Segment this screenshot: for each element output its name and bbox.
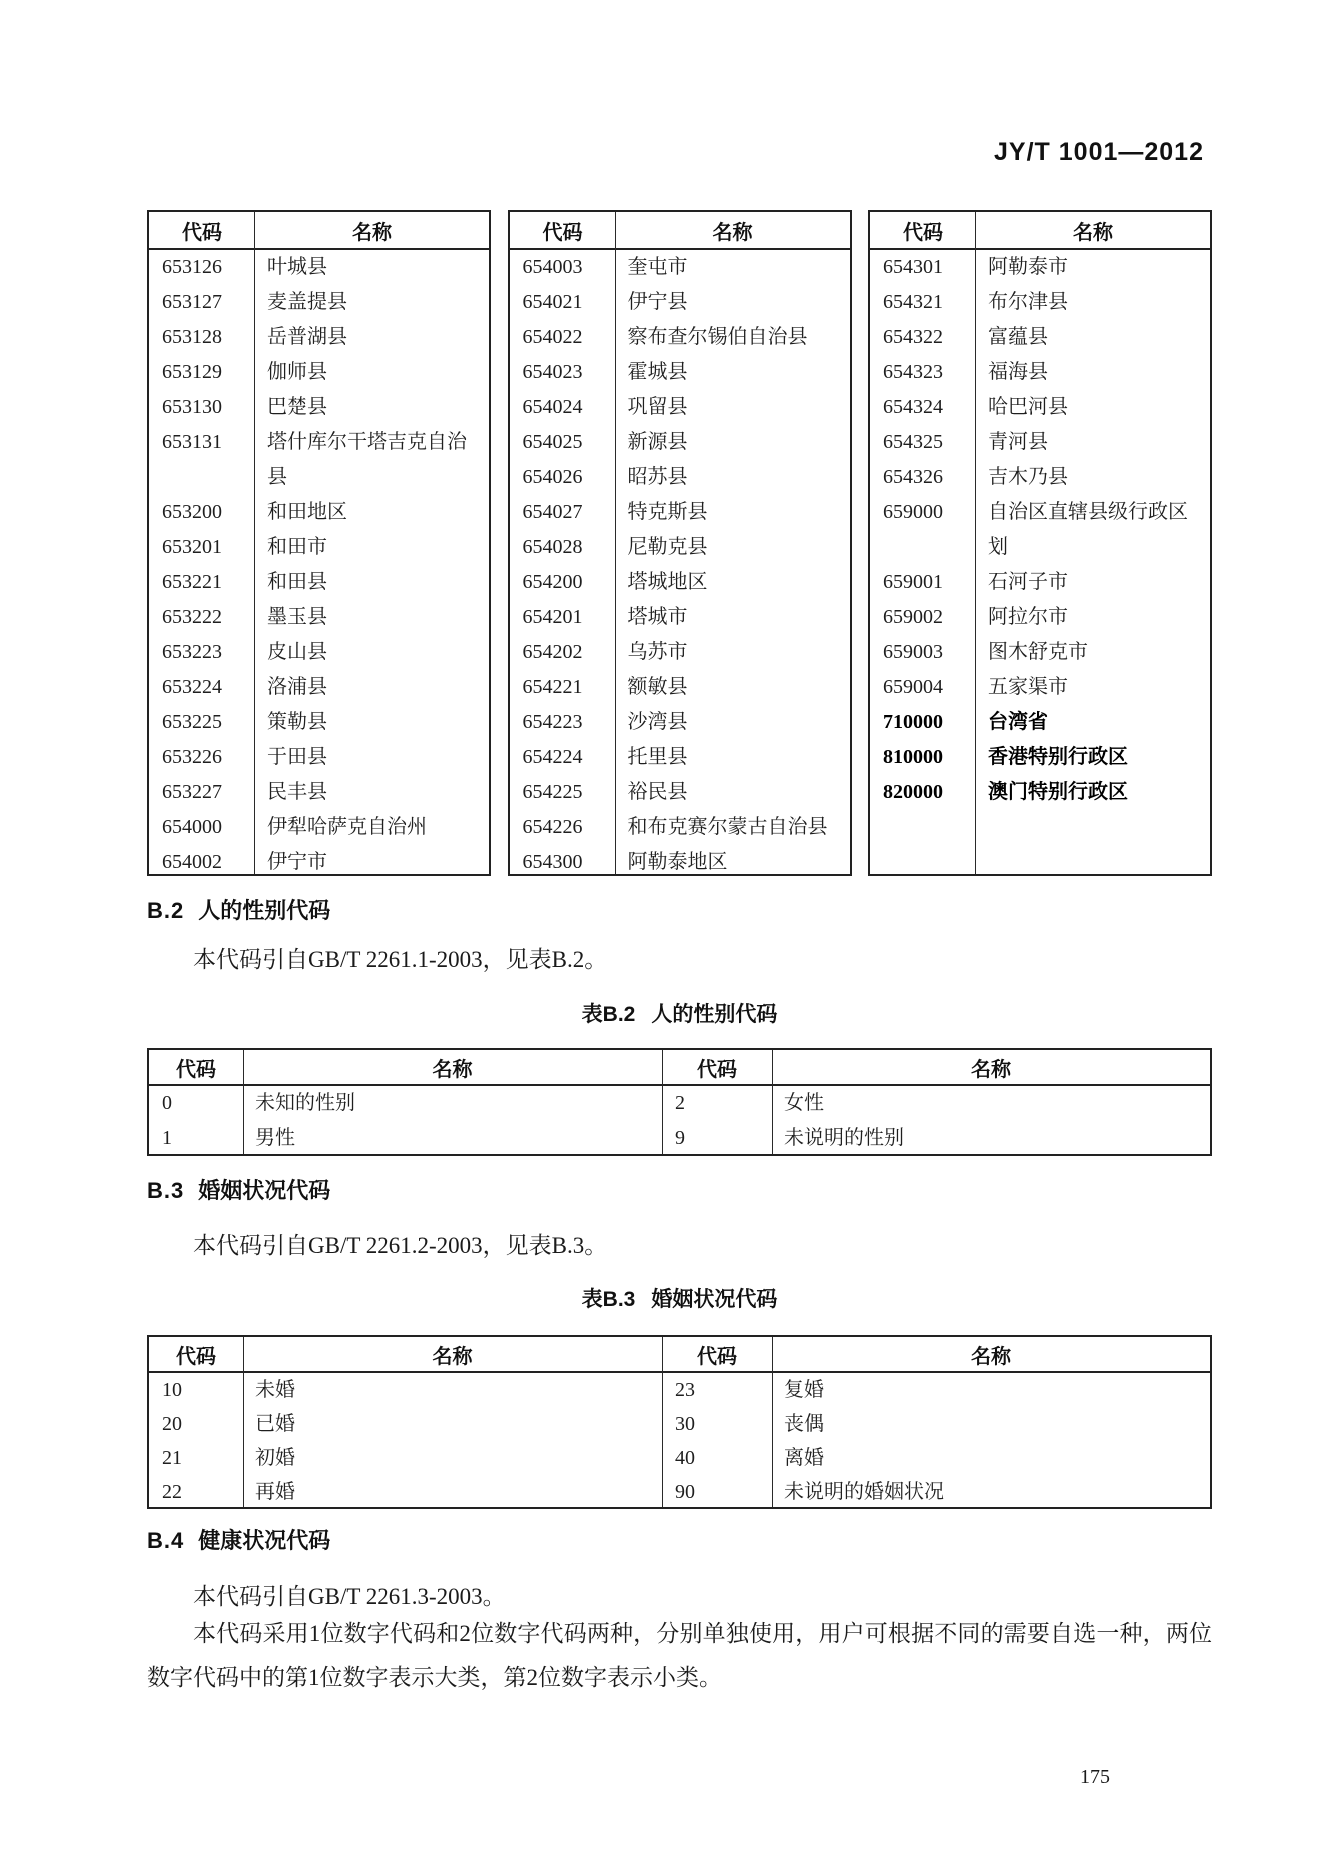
column-header-name: 名称 [772, 1053, 1210, 1082]
table-row: 654300阿勒泰地区 [510, 845, 850, 880]
name-cell: 阿勒泰市 [976, 250, 1210, 285]
table-header: 代码 名称 [870, 212, 1210, 250]
section-intro-b4: 本代码引自GB/T 2261.3-2003。 [147, 1578, 1212, 1611]
table-row: 21初婚40离婚 [149, 1441, 1210, 1475]
table-row: 20已婚30丧偶 [149, 1407, 1210, 1441]
table-row: 654201塔城市 [510, 600, 850, 635]
code-cell: 40 [662, 1441, 772, 1475]
document-page: JY/T 1001—2012 代码 名称 653126叶城县653127麦盖提县… [0, 0, 1323, 1871]
code-cell: 23 [662, 1373, 772, 1407]
code-cell: 30 [662, 1407, 772, 1441]
table-caption-b2: 表B.2人的性别代码 [147, 998, 1212, 1028]
code-cell: 654224 [510, 740, 616, 775]
name-cell: 富蕴县 [976, 320, 1210, 355]
table-row: 654027特克斯县 [510, 495, 850, 530]
section-number: B.3 [147, 1178, 184, 1203]
code-cell: 654325 [870, 425, 976, 460]
code-cell: 653226 [149, 740, 255, 775]
code-cell: 654028 [510, 530, 616, 565]
table-row: 653225策勒县 [149, 705, 489, 740]
code-cell: 653127 [149, 285, 255, 320]
name-cell: 沙湾县 [616, 705, 850, 740]
caption-label: 表B.3 [582, 1288, 636, 1311]
column-header-name: 名称 [976, 216, 1210, 245]
name-cell: 裕民县 [616, 775, 850, 810]
table-row: 654301阿勒泰市 [870, 250, 1210, 285]
column-divider [615, 212, 616, 874]
name-cell: 托里县 [616, 740, 850, 775]
code-cell: 654021 [510, 285, 616, 320]
code-cell: 654226 [510, 810, 616, 845]
code-cell: 659001 [870, 565, 976, 600]
table-row: 653200和田地区 [149, 495, 489, 530]
name-cell: 和布克赛尔蒙古自治县 [616, 810, 850, 845]
column-header-code: 代码 [662, 1340, 772, 1369]
code-cell: 653129 [149, 355, 255, 390]
name-cell: 离婚 [772, 1441, 1210, 1475]
code-cell: 654225 [510, 775, 616, 810]
table-row: 654221额敏县 [510, 670, 850, 705]
code-cell: 654326 [870, 460, 976, 495]
column-header-name: 名称 [243, 1053, 662, 1082]
column-divider [772, 1050, 773, 1154]
name-cell: 皮山县 [255, 635, 489, 670]
name-cell: 奎屯市 [616, 250, 850, 285]
table-row: 654323福海县 [870, 355, 1210, 390]
division-code-tables: 代码 名称 653126叶城县653127麦盖提县653128岳普湖县65312… [147, 210, 1212, 876]
table-row: 654022察布查尔锡伯自治县 [510, 320, 850, 355]
table-row: 0未知的性别2女性 [149, 1086, 1210, 1121]
section-paragraph-b4: 本代码采用1位数字代码和2位数字代码两种，分别单独使用，用户可根据不同的需要自选… [147, 1612, 1212, 1700]
name-cell: 复婚 [772, 1373, 1210, 1407]
column-divider [772, 1337, 773, 1507]
code-cell: 653128 [149, 320, 255, 355]
table-row: 810000香港特别行政区 [870, 740, 1210, 775]
name-cell: 尼勒克县 [616, 530, 850, 565]
table-row: 659002阿拉尔市 [870, 600, 1210, 635]
name-cell: 男性 [243, 1121, 662, 1156]
table-body: 653126叶城县653127麦盖提县653128岳普湖县653129伽师县65… [149, 250, 489, 880]
table-row: 654321布尔津县 [870, 285, 1210, 320]
code-cell: 654200 [510, 565, 616, 600]
name-cell: 未说明的性别 [772, 1121, 1210, 1156]
division-table-2: 代码 名称 654003奎屯市654021伊宁县654022察布查尔锡伯自治县6… [508, 210, 852, 876]
code-cell: 654223 [510, 705, 616, 740]
column-divider [243, 1050, 244, 1154]
gender-code-table: 代码 名称 代码 名称 0未知的性别2女性1男性9未说明的性别 [147, 1048, 1212, 1156]
table-row: 659003图木舒克市 [870, 635, 1210, 670]
name-cell: 和田地区 [255, 495, 489, 530]
name-cell: 洛浦县 [255, 670, 489, 705]
table-row: 654325青河县 [870, 425, 1210, 460]
name-cell: 巩留县 [616, 390, 850, 425]
name-cell: 额敏县 [616, 670, 850, 705]
name-cell: 福海县 [976, 355, 1210, 390]
code-cell: 654324 [870, 390, 976, 425]
code-cell: 654000 [149, 810, 255, 845]
table-row: 653129伽师县 [149, 355, 489, 390]
code-cell: 653224 [149, 670, 255, 705]
code-cell: 653222 [149, 600, 255, 635]
table-row: 659001石河子市 [870, 565, 1210, 600]
table-row: 654223沙湾县 [510, 705, 850, 740]
table-row: 654322富蕴县 [870, 320, 1210, 355]
section-intro-b3: 本代码引自GB/T 2261.2-2003，见表B.3。 [147, 1227, 1212, 1260]
name-cell: 新源县 [616, 425, 850, 460]
page-number: 175 [1080, 1766, 1110, 1789]
code-cell: 710000 [870, 705, 976, 740]
code-cell: 659004 [870, 670, 976, 705]
table-row: 653221和田县 [149, 565, 489, 600]
table-row: 653126叶城县 [149, 250, 489, 285]
code-cell: 9 [662, 1121, 772, 1156]
code-cell: 654202 [510, 635, 616, 670]
code-cell: 654321 [870, 285, 976, 320]
name-cell: 叶城县 [255, 250, 489, 285]
section-number: B.4 [147, 1528, 184, 1553]
section-title: 婚姻状况代码 [198, 1178, 330, 1203]
section-title: 人的性别代码 [198, 898, 330, 923]
column-divider [662, 1337, 663, 1507]
column-header-name: 名称 [243, 1340, 662, 1369]
code-cell: 654025 [510, 425, 616, 460]
table-row: 653127麦盖提县 [149, 285, 489, 320]
name-cell: 阿拉尔市 [976, 600, 1210, 635]
name-cell: 麦盖提县 [255, 285, 489, 320]
name-cell: 和田市 [255, 530, 489, 565]
section-heading-b3: B.3婚姻状况代码 [147, 1174, 330, 1205]
code-cell: 654026 [510, 460, 616, 495]
code-cell: 659002 [870, 600, 976, 635]
name-cell: 初婚 [243, 1441, 662, 1475]
code-cell: 22 [149, 1475, 243, 1509]
section-number: B.2 [147, 898, 184, 923]
table-row: 653131塔什库尔干塔吉克自治县 [149, 425, 489, 495]
column-divider [975, 212, 976, 874]
code-cell: 653225 [149, 705, 255, 740]
code-cell: 2 [662, 1086, 772, 1121]
name-cell: 和田县 [255, 565, 489, 600]
caption-title: 人的性别代码 [651, 1003, 777, 1026]
division-table-1: 代码 名称 653126叶城县653127麦盖提县653128岳普湖县65312… [147, 210, 491, 876]
table-row: 654023霍城县 [510, 355, 850, 390]
name-cell: 五家渠市 [976, 670, 1210, 705]
name-cell: 布尔津县 [976, 285, 1210, 320]
table-caption-b3: 表B.3婚姻状况代码 [147, 1283, 1212, 1313]
table-row: 654326吉木乃县 [870, 460, 1210, 495]
code-cell: 654003 [510, 250, 616, 285]
table-row: 654202乌苏市 [510, 635, 850, 670]
code-cell: 90 [662, 1475, 772, 1509]
table-row: 654026昭苏县 [510, 460, 850, 495]
table-body: 654003奎屯市654021伊宁县654022察布查尔锡伯自治县654023霍… [510, 250, 850, 880]
table-row: 654002伊宁市 [149, 845, 489, 880]
name-cell: 伽师县 [255, 355, 489, 390]
name-cell: 女性 [772, 1086, 1210, 1121]
name-cell: 策勒县 [255, 705, 489, 740]
column-header-code: 代码 [149, 216, 255, 245]
code-cell: 653223 [149, 635, 255, 670]
section-intro-b2: 本代码引自GB/T 2261.1-2003，见表B.2。 [147, 941, 1212, 974]
name-cell: 阿勒泰地区 [616, 845, 850, 880]
table-header: 代码 名称 代码 名称 [149, 1337, 1210, 1373]
name-cell: 岳普湖县 [255, 320, 489, 355]
column-header-name: 名称 [772, 1340, 1210, 1369]
section-heading-b4: B.4健康状况代码 [147, 1524, 330, 1555]
code-cell: 653126 [149, 250, 255, 285]
name-cell: 未婚 [243, 1373, 662, 1407]
name-cell: 未知的性别 [243, 1086, 662, 1121]
code-cell: 654022 [510, 320, 616, 355]
table-row: 653227民丰县 [149, 775, 489, 810]
column-divider [662, 1050, 663, 1154]
code-cell: 653201 [149, 530, 255, 565]
name-cell: 澳门特别行政区 [976, 775, 1210, 810]
caption-label: 表B.2 [582, 1003, 636, 1026]
table-row: 653226于田县 [149, 740, 489, 775]
table-row: 654028尼勒克县 [510, 530, 850, 565]
name-cell: 丧偶 [772, 1407, 1210, 1441]
table-header: 代码 名称 [510, 212, 850, 250]
table-body: 654301阿勒泰市654321布尔津县654322富蕴县654323福海县65… [870, 250, 1210, 810]
table-row: 710000台湾省 [870, 705, 1210, 740]
column-header-name: 名称 [255, 216, 489, 245]
code-cell: 654002 [149, 845, 255, 880]
table-row: 820000澳门特别行政区 [870, 775, 1210, 810]
column-divider [254, 212, 255, 874]
column-header-code: 代码 [149, 1340, 243, 1369]
name-cell: 塔什库尔干塔吉克自治县 [255, 425, 489, 495]
table-row: 1男性9未说明的性别 [149, 1121, 1210, 1156]
code-cell: 653130 [149, 390, 255, 425]
name-cell: 于田县 [255, 740, 489, 775]
code-cell: 653227 [149, 775, 255, 810]
table-row: 10未婚23复婚 [149, 1373, 1210, 1407]
name-cell: 塔城市 [616, 600, 850, 635]
name-cell: 民丰县 [255, 775, 489, 810]
section-title: 健康状况代码 [198, 1528, 330, 1553]
caption-title: 婚姻状况代码 [651, 1288, 777, 1311]
code-cell: 659003 [870, 635, 976, 670]
table-row: 653130巴楚县 [149, 390, 489, 425]
name-cell: 乌苏市 [616, 635, 850, 670]
table-row: 659000自治区直辖县级行政区划 [870, 495, 1210, 565]
name-cell: 巴楚县 [255, 390, 489, 425]
table-body: 10未婚23复婚20已婚30丧偶21初婚40离婚22再婚90未说明的婚姻状况 [149, 1373, 1210, 1509]
division-table-3: 代码 名称 654301阿勒泰市654321布尔津县654322富蕴县65432… [868, 210, 1212, 876]
table-row: 654021伊宁县 [510, 285, 850, 320]
table-row: 654226和布克赛尔蒙古自治县 [510, 810, 850, 845]
code-cell: 654322 [870, 320, 976, 355]
name-cell: 再婚 [243, 1475, 662, 1509]
table-row: 654225裕民县 [510, 775, 850, 810]
name-cell: 自治区直辖县级行政区划 [976, 495, 1210, 565]
name-cell: 吉木乃县 [976, 460, 1210, 495]
code-cell: 654023 [510, 355, 616, 390]
table-header: 代码 名称 [149, 212, 489, 250]
table-row: 653201和田市 [149, 530, 489, 565]
name-cell: 图木舒克市 [976, 635, 1210, 670]
name-cell: 墨玉县 [255, 600, 489, 635]
name-cell: 察布查尔锡伯自治县 [616, 320, 850, 355]
name-cell: 塔城地区 [616, 565, 850, 600]
table-row: 654000伊犁哈萨克自治州 [149, 810, 489, 845]
name-cell: 已婚 [243, 1407, 662, 1441]
column-header-code: 代码 [662, 1053, 772, 1082]
table-row: 654003奎屯市 [510, 250, 850, 285]
code-cell: 0 [149, 1086, 243, 1121]
code-cell: 654323 [870, 355, 976, 390]
doc-number: JY/T 1001—2012 [994, 138, 1204, 167]
table-row: 653128岳普湖县 [149, 320, 489, 355]
code-cell: 659000 [870, 495, 976, 565]
code-cell: 654027 [510, 495, 616, 530]
name-cell: 特克斯县 [616, 495, 850, 530]
table-header: 代码 名称 代码 名称 [149, 1050, 1210, 1086]
code-cell: 654221 [510, 670, 616, 705]
column-divider [243, 1337, 244, 1507]
name-cell: 青河县 [976, 425, 1210, 460]
code-cell: 820000 [870, 775, 976, 810]
column-header-name: 名称 [616, 216, 850, 245]
code-cell: 810000 [870, 740, 976, 775]
table-row: 653224洛浦县 [149, 670, 489, 705]
code-cell: 10 [149, 1373, 243, 1407]
code-cell: 21 [149, 1441, 243, 1475]
code-cell: 20 [149, 1407, 243, 1441]
name-cell: 伊犁哈萨克自治州 [255, 810, 489, 845]
code-cell: 654301 [870, 250, 976, 285]
code-cell: 653200 [149, 495, 255, 530]
marital-status-code-table: 代码 名称 代码 名称 10未婚23复婚20已婚30丧偶21初婚40离婚22再婚… [147, 1335, 1212, 1509]
table-row: 653223皮山县 [149, 635, 489, 670]
name-cell: 石河子市 [976, 565, 1210, 600]
code-cell: 1 [149, 1121, 243, 1156]
code-cell: 653221 [149, 565, 255, 600]
name-cell: 未说明的婚姻状况 [772, 1475, 1210, 1509]
name-cell: 哈巴河县 [976, 390, 1210, 425]
code-cell: 654300 [510, 845, 616, 880]
table-row: 654024巩留县 [510, 390, 850, 425]
name-cell: 霍城县 [616, 355, 850, 390]
section-heading-b2: B.2人的性别代码 [147, 894, 330, 925]
code-cell: 654201 [510, 600, 616, 635]
name-cell: 伊宁市 [255, 845, 489, 880]
table-row: 654200塔城地区 [510, 565, 850, 600]
table-row: 653222墨玉县 [149, 600, 489, 635]
column-header-code: 代码 [149, 1053, 243, 1082]
column-header-code: 代码 [870, 216, 976, 245]
name-cell: 伊宁县 [616, 285, 850, 320]
table-row: 654324哈巴河县 [870, 390, 1210, 425]
column-header-code: 代码 [510, 216, 616, 245]
table-row: 654025新源县 [510, 425, 850, 460]
name-cell: 香港特别行政区 [976, 740, 1210, 775]
code-cell: 654024 [510, 390, 616, 425]
table-body: 0未知的性别2女性1男性9未说明的性别 [149, 1086, 1210, 1156]
name-cell: 昭苏县 [616, 460, 850, 495]
table-row: 659004五家渠市 [870, 670, 1210, 705]
code-cell: 653131 [149, 425, 255, 495]
table-row: 22再婚90未说明的婚姻状况 [149, 1475, 1210, 1509]
name-cell: 台湾省 [976, 705, 1210, 740]
table-row: 654224托里县 [510, 740, 850, 775]
